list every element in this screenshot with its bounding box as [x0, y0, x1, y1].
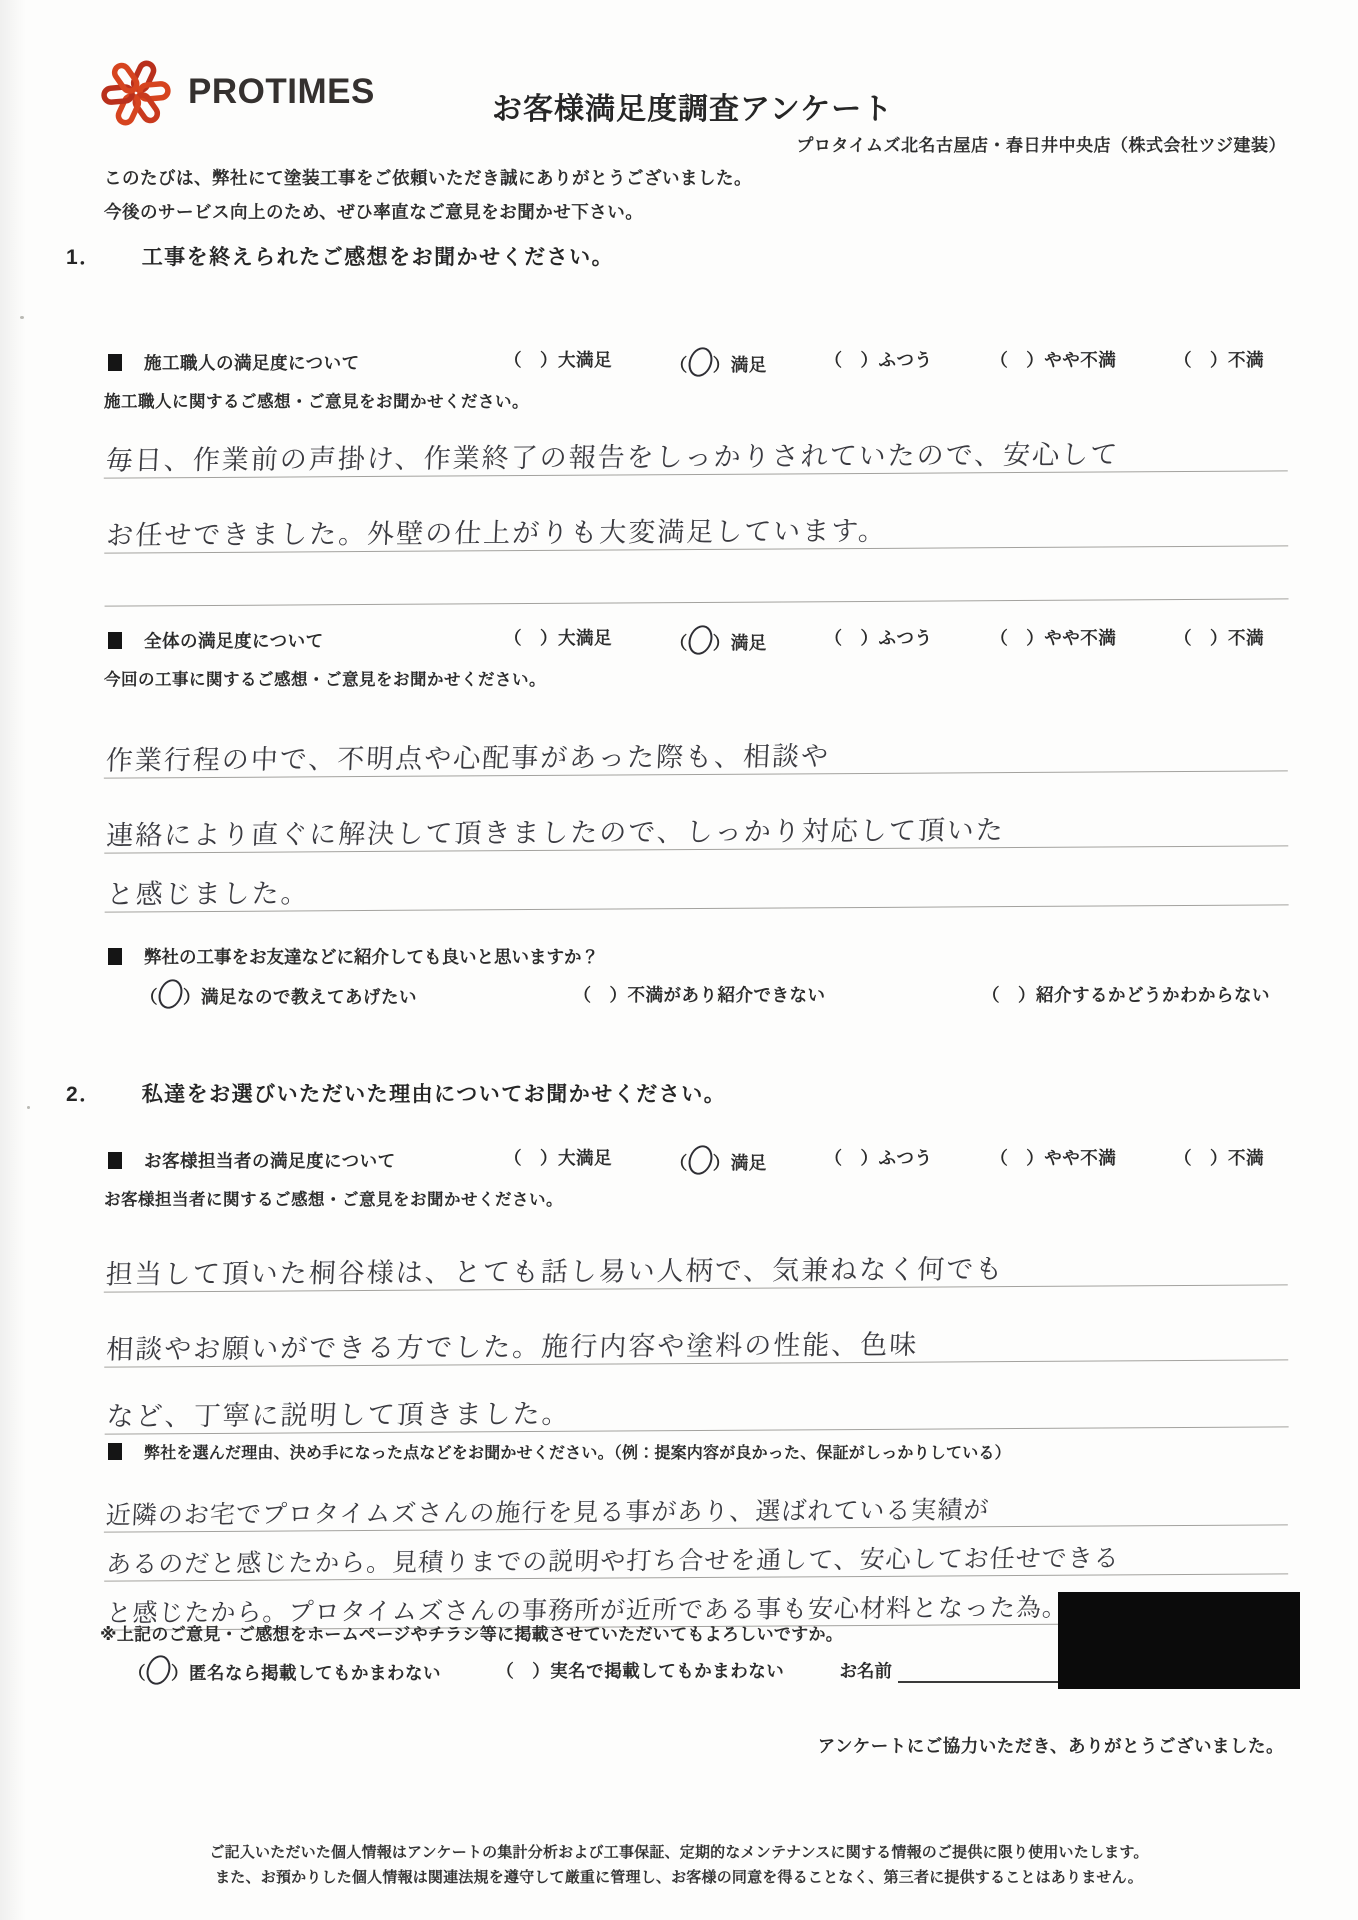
- overall-sub-label: 今回の工事に関するご感想・ご意見をお聞かせください。: [104, 658, 1288, 698]
- recommend-options: （）満足なので教えてあげたい （ ）不満があり紹介できない （ ）紹介するかどう…: [104, 974, 1270, 1014]
- option-label: ）満足: [713, 1153, 767, 1173]
- craftsman-block: 施工職人の満足度について （ ）大満足 （）満足 （ ）ふつう （ ）やや不満 …: [104, 344, 1288, 603]
- agent-rating-options: （ ）大満足 （）満足 （ ）ふつう （ ）やや不満 （ ）不満: [504, 1145, 1264, 1175]
- q2-heading-text: 私達をお選びいただいた理由についてお聞かせください。: [142, 1083, 727, 1106]
- rating-option-yayafuman[interactable]: （ ）やや不満: [990, 347, 1116, 377]
- recommend-option-yes-selected[interactable]: （）満足なので教えてあげたい: [140, 979, 417, 1009]
- scan-speck: [20, 316, 24, 319]
- rating-option-yayafuman[interactable]: （ ）やや不満: [990, 625, 1116, 655]
- store-subtitle: プロタイムズ北名古屋店・春日井中央店（株式会社ツジ建装）: [796, 131, 1286, 156]
- paren-open: （: [670, 1153, 688, 1173]
- answer-line[interactable]: 相談やお願いができる方でした。施行内容や塗料の性能、色味: [104, 1285, 1288, 1367]
- handwriting-text: 相談やお願いができる方でした。施行内容や塗料の性能、色味: [103, 1332, 920, 1367]
- rating-option-futsuu[interactable]: （ ）ふつう: [825, 347, 933, 377]
- handwriting-text: 近隣のお宅でプロタイムズさんの施行を見る事があり、選ばれている実績が: [103, 1498, 992, 1531]
- overall-answer-area: 作業行程の中で、不明点や心配事があった際も、相談や 連絡により直ぐに解決して頂き…: [103, 694, 1288, 912]
- rating-option-manzoku-selected[interactable]: （）満足: [670, 1145, 767, 1175]
- section-bullet: [108, 354, 122, 371]
- paren-open: （: [670, 633, 688, 653]
- scan-speck: [27, 1106, 30, 1109]
- rating-option-manzoku-selected[interactable]: （）満足: [670, 625, 767, 655]
- publish-option-realname[interactable]: （ ）実名で掲載してもかまわない: [496, 1658, 784, 1683]
- handwriting-text: 毎日、作業前の声掛け、作業終了の報告をしっかりされていたので、安心して: [103, 441, 1122, 477]
- privacy-line-2: また、お預かりした個人情報は関連法規を遵守して厳重に管理し、お客様の同意を得るこ…: [0, 1865, 1358, 1890]
- q1-heading: 1．工事を終えられたご感想をお聞かせください。: [66, 241, 614, 271]
- reason-question-row: 弊社を選んだ理由、決め手になった点などをお聞かせください。（例：提案内容が良かっ…: [104, 1436, 1288, 1466]
- agent-label: お客様担当者の満足度について: [144, 1148, 504, 1173]
- section-bullet: [108, 1152, 122, 1169]
- section-bullet: [108, 632, 122, 649]
- intro-line-2: 今後のサービス向上のため、ぜひ率直なご意見をお聞かせ下さい。: [104, 195, 752, 229]
- rating-option-fuman[interactable]: （ ）不満: [1174, 1145, 1264, 1175]
- overall-label: 全体の満足度について: [144, 628, 504, 653]
- answer-line[interactable]: 作業行程の中で、不明点や心配事があった際も、相談や: [103, 694, 1287, 778]
- answer-line[interactable]: 毎日、作業前の声掛け、作業終了の報告をしっかりされていたので、安心して: [103, 416, 1287, 478]
- section-bullet: [108, 948, 122, 965]
- q1-number: 1．: [66, 241, 102, 271]
- name-label: お名前: [840, 1658, 893, 1683]
- overall-block: 全体の満足度について （ ）大満足 （）満足 （ ）ふつう （ ）やや不満 （ …: [104, 622, 1288, 909]
- answer-line[interactable]: 担当して頂いた桐谷様は、とても話し易い人柄で、気兼ねなく何でも: [103, 1214, 1287, 1292]
- handwritten-circle-icon: [143, 1653, 173, 1686]
- q2-number: 2．: [66, 1078, 102, 1108]
- section-bullet: [108, 1443, 122, 1460]
- recommend-option-no[interactable]: （ ）不満があり紹介できない: [574, 982, 826, 1007]
- handwriting-text: お任せできました。外壁の仕上がりも大変満足しています。: [103, 518, 889, 553]
- handwriting-text: 連絡により直ぐに解決して頂きましたので、しっかり対応して頂いた: [104, 817, 1008, 853]
- answer-line[interactable]: あるのだと感じたから。見積りまでの説明や打ち合せを通して、安心してお任せできる: [104, 1525, 1288, 1581]
- craftsman-label: 施工職人の満足度について: [144, 350, 504, 375]
- answer-line[interactable]: 近隣のお宅でプロタイムズさんの施行を見る事があり、選ばれている実績が: [104, 1466, 1288, 1532]
- protimes-logo: PROTIMES: [92, 54, 375, 130]
- handwritten-circle-icon: [155, 977, 185, 1010]
- redaction-box: [1058, 1592, 1300, 1689]
- answer-line[interactable]: [104, 546, 1288, 606]
- agent-block: お客様担当者の満足度について （ ）大満足 （）満足 （ ）ふつう （ ）やや不…: [104, 1142, 1288, 1431]
- answer-line[interactable]: など、丁寧に説明して頂きました。: [104, 1360, 1288, 1434]
- q2-heading: 2．私達をお選びいただいた理由についてお聞かせください。: [66, 1078, 726, 1108]
- overall-rating-row: 全体の満足度について （ ）大満足 （）満足 （ ）ふつう （ ）やや不満 （ …: [104, 622, 1288, 658]
- rating-option-fuman[interactable]: （ ）不満: [1174, 347, 1264, 377]
- intro-text: このたびは、弊社にて塗装工事をご依頼いただき誠にありがとうございました。 今後の…: [104, 161, 752, 229]
- answer-line[interactable]: お任せできました。外壁の仕上がりも大変満足しています。: [104, 471, 1288, 553]
- handwritten-circle-icon: [685, 1143, 715, 1176]
- recommend-option-unsure[interactable]: （ ）紹介するかどうかわからない: [982, 982, 1270, 1007]
- survey-page: PROTIMES お客様満足度調査アンケート プロタイムズ北名古屋店・春日井中央…: [0, 0, 1358, 1920]
- page-title: お客様満足度調査アンケート: [492, 84, 893, 128]
- rating-option-futsuu[interactable]: （ ）ふつう: [825, 625, 933, 655]
- agent-answer-area: 担当して頂いた桐谷様は、とても話し易い人柄で、気兼ねなく何でも 相談やお願いがで…: [103, 1214, 1288, 1434]
- recommend-question-row: 弊社の工事をお友達などに紹介しても良いと思いますか？: [104, 938, 1288, 974]
- reason-label: 弊社を選んだ理由、決め手になった点などをお聞かせください。（例：提案内容が良かっ…: [144, 1440, 1011, 1463]
- craftsman-rating-options: （ ）大満足 （）満足 （ ）ふつう （ ）やや不満 （ ）不満: [504, 347, 1264, 377]
- publish-option-anonymous-selected[interactable]: （）匿名なら掲載してもかまわない: [128, 1655, 441, 1685]
- rating-option-fuman[interactable]: （ ）不満: [1174, 625, 1264, 655]
- paren-open: （: [670, 355, 688, 375]
- recommend-block: 弊社の工事をお友達などに紹介しても良いと思いますか？ （）満足なので教えてあげた…: [104, 938, 1288, 1014]
- rating-option-daimanzoku[interactable]: （ ）大満足: [504, 625, 612, 655]
- handwriting-text: 作業行程の中で、不明点や心配事があった際も、相談や: [103, 743, 833, 777]
- handwritten-circle-icon: [685, 623, 715, 656]
- q1-heading-text: 工事を終えられたご感想をお聞かせください。: [142, 246, 615, 269]
- rating-option-futsuu[interactable]: （ ）ふつう: [825, 1145, 933, 1175]
- option-label: ）満足: [713, 633, 767, 653]
- brand-wordmark: PROTIMES: [188, 72, 375, 112]
- handwriting-text: と感じました。: [104, 880, 312, 911]
- thanks-note: アンケートにご協力いただき、ありがとうございました。: [818, 1733, 1284, 1758]
- handwriting-text: 担当して頂いた桐谷様は、とても話し易い人柄で、気兼ねなく何でも: [103, 1256, 1007, 1292]
- rating-option-daimanzoku[interactable]: （ ）大満足: [504, 1145, 612, 1175]
- publish-consent-section: ※上記のご意見・ご感想をホームページやチラシ等に掲載させていただいてもよろしいで…: [100, 1614, 1300, 1690]
- privacy-line-1: ご記入いただいた個人情報はアンケートの集計分析および工事保証、定期的なメンテナン…: [0, 1840, 1358, 1865]
- answer-line[interactable]: 連絡により直ぐに解決して頂きましたので、しっかり対応して頂いた: [104, 771, 1288, 853]
- rating-option-manzoku-selected[interactable]: （）満足: [670, 347, 767, 377]
- option-label: ）満足: [713, 355, 767, 375]
- agent-sub-label: お客様担当者に関するご感想・ご意見をお聞かせください。: [104, 1178, 1288, 1218]
- publish-options: （）匿名なら掲載してもかまわない （ ）実名で掲載してもかまわない お名前: [100, 1650, 1148, 1690]
- craftsman-rating-row: 施工職人の満足度について （ ）大満足 （）満足 （ ）ふつう （ ）やや不満 …: [104, 344, 1288, 380]
- paren-open: （: [140, 987, 158, 1007]
- overall-rating-options: （ ）大満足 （）満足 （ ）ふつう （ ）やや不満 （ ）不満: [504, 625, 1264, 655]
- craftsman-answer-area: 毎日、作業前の声掛け、作業終了の報告をしっかりされていたので、安心して お任せで…: [103, 416, 1288, 606]
- craftsman-sub-label: 施工職人に関するご感想・ご意見をお聞かせください。: [104, 380, 1288, 420]
- option-label: ）匿名なら掲載してもかまわない: [171, 1663, 441, 1683]
- handwritten-circle-icon: [685, 345, 715, 378]
- intro-line-1: このたびは、弊社にて塗装工事をご依頼いただき誠にありがとうございました。: [104, 161, 752, 195]
- rating-option-yayafuman[interactable]: （ ）やや不満: [990, 1145, 1116, 1175]
- rating-option-daimanzoku[interactable]: （ ）大満足: [504, 347, 612, 377]
- option-label: ）満足なので教えてあげたい: [183, 987, 417, 1007]
- agent-rating-row: お客様担当者の満足度について （ ）大満足 （）満足 （ ）ふつう （ ）やや不…: [104, 1142, 1288, 1178]
- privacy-footer: ご記入いただいた個人情報はアンケートの集計分析および工事保証、定期的なメンテナン…: [0, 1840, 1358, 1890]
- handwriting-text: など、丁寧に説明して頂きました。: [104, 1401, 573, 1434]
- recommend-question: 弊社の工事をお友達などに紹介しても良いと思いますか？: [144, 944, 599, 969]
- protimes-asterisk-icon: [92, 54, 178, 130]
- paren-open: （: [128, 1663, 146, 1683]
- answer-line[interactable]: と感じました。: [104, 846, 1288, 912]
